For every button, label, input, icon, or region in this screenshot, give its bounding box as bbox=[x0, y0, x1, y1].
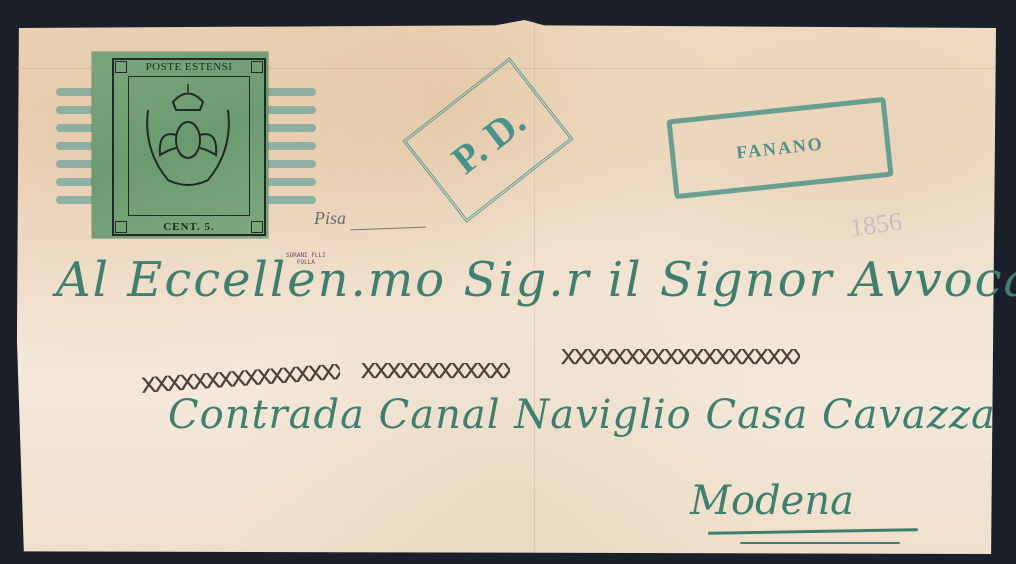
eagle-under-crown-icon bbox=[138, 80, 238, 200]
postage-stamp: POSTE ESTENSI CENT. 5. bbox=[92, 52, 268, 238]
struck-out-text-3: xxxxxxxxxxxxxxxxxxx bbox=[560, 338, 800, 368]
city-underline-flourish-2 bbox=[740, 542, 900, 544]
address-line-street: Contrada Canal Naviglio Casa Cavazza bbox=[168, 392, 996, 438]
struck-out-text-2: xxxxxxxxxxxx bbox=[360, 352, 510, 382]
address-line-city: Modena bbox=[690, 478, 854, 524]
address-line-1: Al Eccellen.mo Sig.r il Signor Avvocato bbox=[56, 252, 1016, 308]
stamp-top-text: POSTE ESTENSI bbox=[114, 61, 264, 73]
stamp-value-text: CENT. 5. bbox=[114, 221, 264, 233]
stamp-frame: POSTE ESTENSI CENT. 5. bbox=[112, 58, 266, 236]
pencil-annotation: Pisa bbox=[314, 208, 346, 229]
